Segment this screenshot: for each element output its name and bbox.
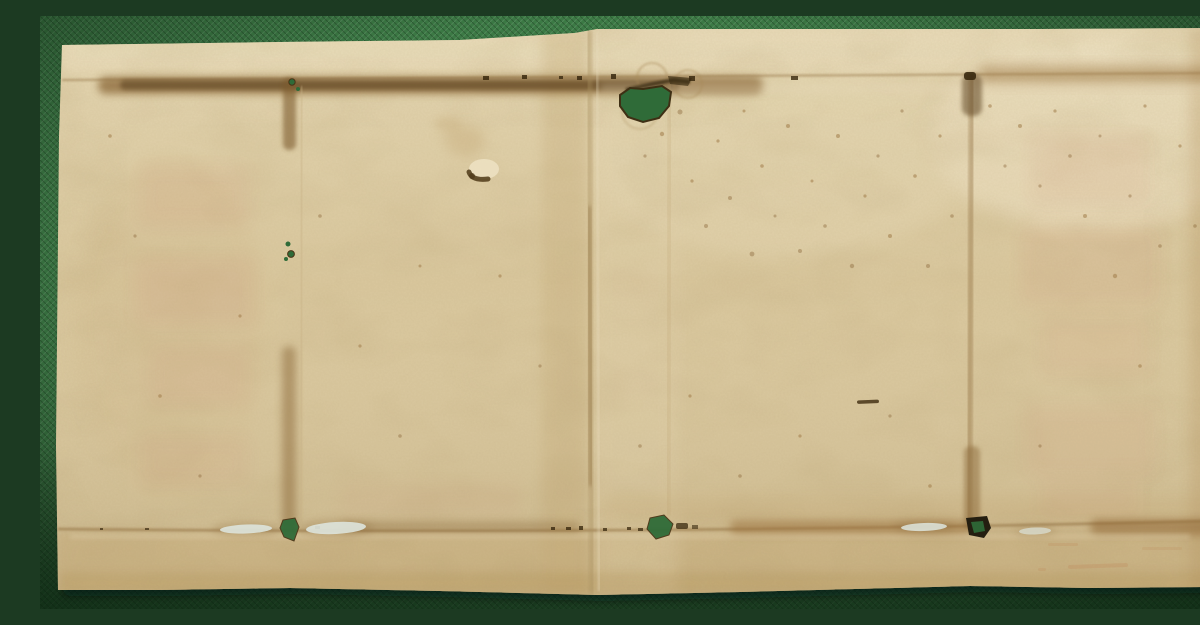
crease-vertical-faint <box>668 78 670 516</box>
photograph-of-document: Blank reverse side of an unfolded antiqu… <box>40 16 1200 609</box>
bleedthrough-ghost-center <box>340 484 520 516</box>
document-photo-canvas <box>40 16 1200 609</box>
paper-surface-detail <box>40 16 1200 609</box>
bleedthrough-ghost-left-panel <box>135 166 255 486</box>
bleedthrough-ghost-right-panel <box>1020 136 1160 518</box>
